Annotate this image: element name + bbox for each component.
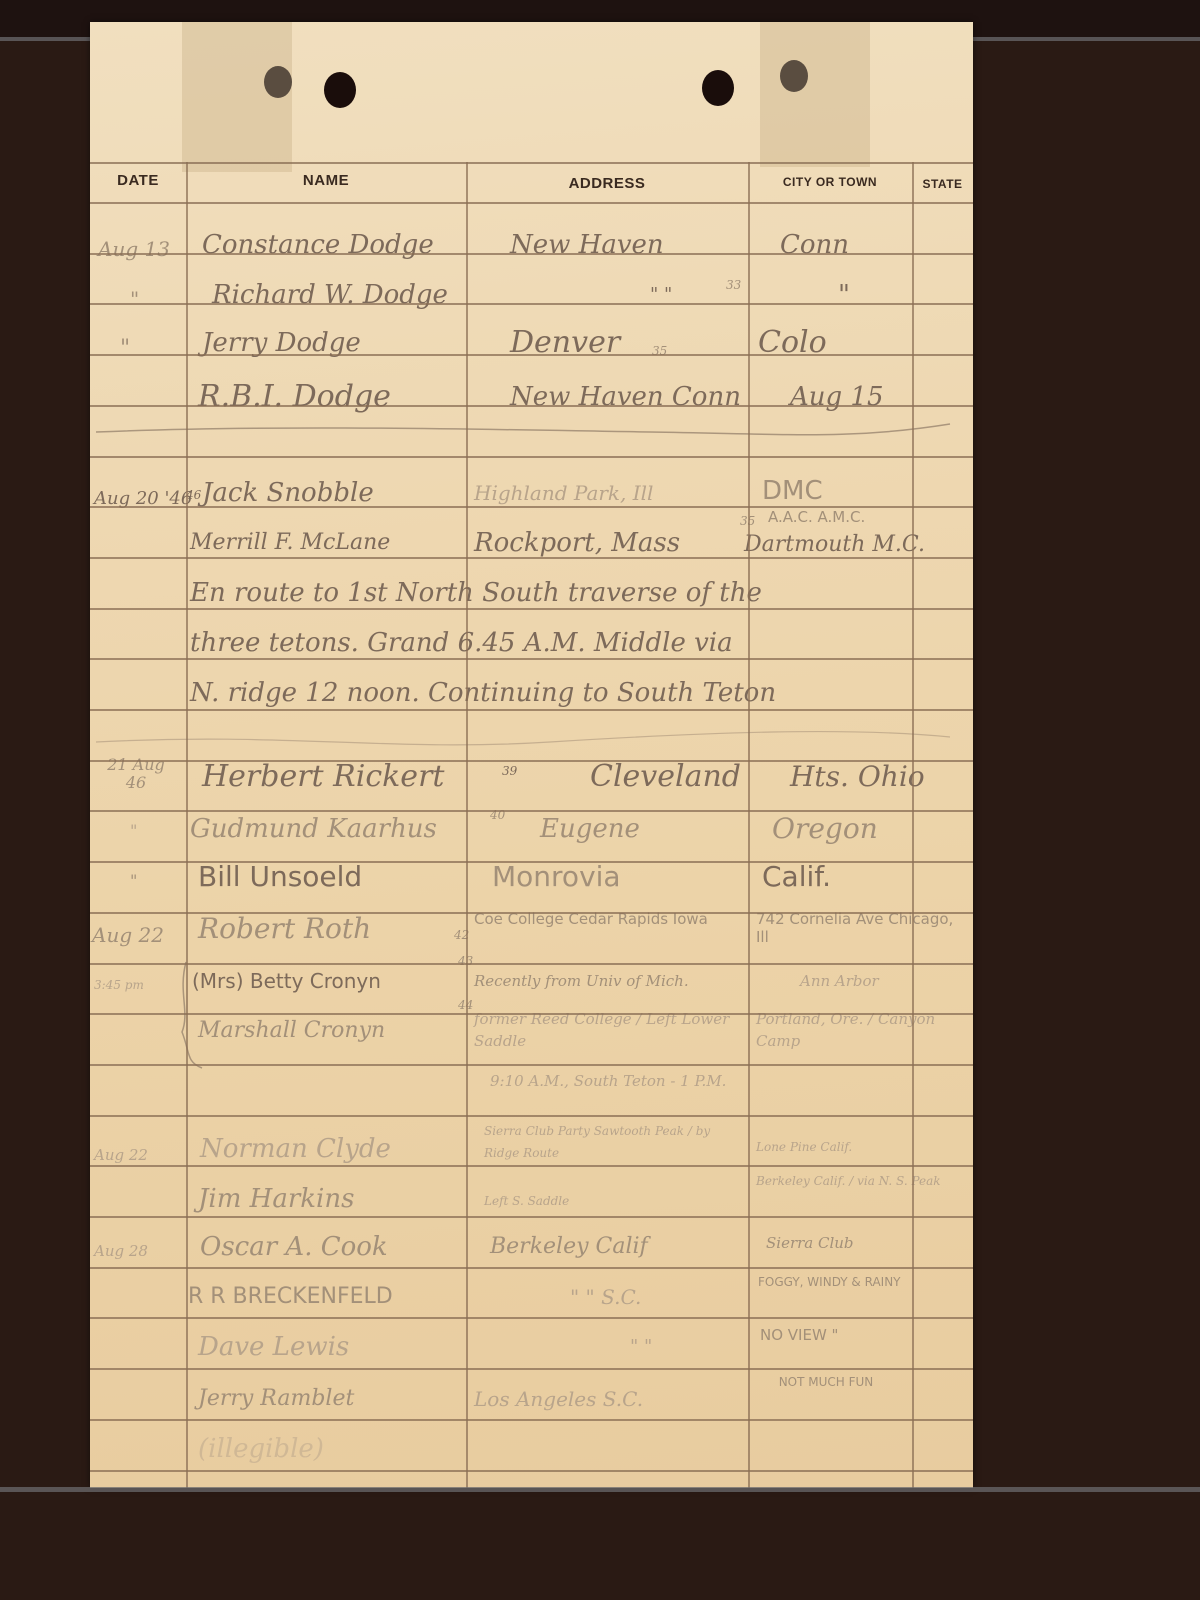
grid-row-line bbox=[90, 405, 973, 407]
grid-row-line bbox=[90, 963, 973, 965]
grid-row-line bbox=[90, 1216, 973, 1218]
grid-row-line bbox=[90, 303, 973, 305]
grid-row-line bbox=[90, 760, 973, 762]
grid-row-line bbox=[90, 1267, 973, 1269]
grid-row-line bbox=[90, 709, 973, 711]
grid-row-line bbox=[90, 506, 973, 508]
register-grid: DATE NAME ADDRESS CITY OR TOWN STATE Aug… bbox=[90, 162, 973, 1488]
punch-hole bbox=[780, 60, 808, 92]
pencil-scribbles bbox=[90, 162, 973, 1488]
grid-row-line bbox=[90, 1317, 973, 1319]
punch-hole bbox=[264, 66, 292, 98]
grid-row-line bbox=[90, 658, 973, 660]
grid-row-line bbox=[90, 557, 973, 559]
grid-column-line bbox=[912, 162, 914, 1488]
grid-row-line bbox=[90, 1165, 973, 1167]
grid-row-line bbox=[90, 202, 973, 204]
grid-row-line bbox=[90, 354, 973, 356]
grid-row-line bbox=[90, 456, 973, 458]
punch-hole bbox=[702, 70, 734, 106]
grid-column-line bbox=[186, 162, 188, 1488]
glass-edge-bottom bbox=[0, 1487, 1200, 1492]
grid-row-line bbox=[90, 608, 973, 610]
grid-column-line bbox=[466, 162, 468, 1488]
punch-hole bbox=[324, 72, 356, 108]
grid-row-line bbox=[90, 1064, 973, 1066]
grid-row-line bbox=[90, 810, 973, 812]
grid-row-line bbox=[90, 861, 973, 863]
grid-row-line bbox=[90, 1419, 973, 1421]
grid-row-line bbox=[90, 1013, 973, 1015]
register-page: DATE NAME ADDRESS CITY OR TOWN STATE Aug… bbox=[90, 22, 973, 1488]
grid-row-line bbox=[90, 1470, 973, 1472]
grid-column-line bbox=[748, 162, 750, 1488]
grid-row-line bbox=[90, 1115, 973, 1117]
grid-row-line bbox=[90, 912, 973, 914]
tape-strip-right bbox=[760, 22, 870, 167]
grid-row-line bbox=[90, 253, 973, 255]
grid-row-line bbox=[90, 1368, 973, 1370]
